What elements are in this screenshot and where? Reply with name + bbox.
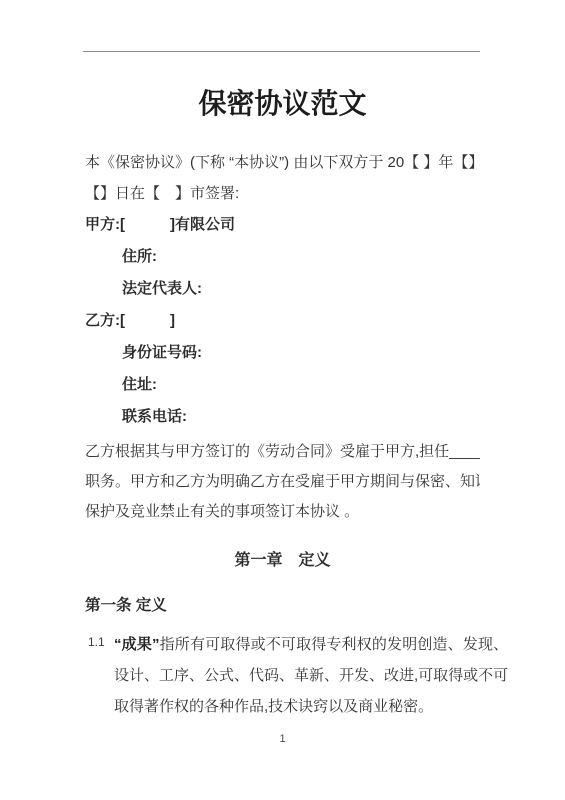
party-b-address-label: 住址: bbox=[85, 369, 480, 401]
intro-line-1: 本《保密协议》(下称 “本协议”) 由以下双方于 20【 】年【】月 bbox=[85, 147, 480, 178]
document-content: 保密协议范文 本《保密协议》(下称 “本协议”) 由以下双方于 20【 】年【】… bbox=[0, 51, 565, 722]
article-1-heading: 第一条 定义 bbox=[85, 597, 480, 615]
party-a-legal-rep-label: 法定代表人: bbox=[85, 273, 480, 305]
clause-1-1: 1.1 “成果”指所有可取得或不可取得专利权的发明创造、发现、 设计、工序、公式… bbox=[85, 629, 480, 722]
party-b-phone-label: 联系电话: bbox=[85, 401, 480, 433]
clause-line-1-rest: 指所有可取得或不可取得专利权的发明创造、发现、 bbox=[159, 636, 508, 653]
header-rule bbox=[83, 51, 480, 52]
clause-text: “成果”指所有可取得或不可取得专利权的发明创造、发现、 设计、工序、公式、代码、… bbox=[114, 629, 508, 722]
defined-term: “成果” bbox=[114, 636, 159, 653]
recital-line-3: 保护及竞业禁止有关的事项签订本协议 。 bbox=[85, 497, 480, 527]
recital-line-1: 乙方根据其与甲方签订的《劳动合同》受雇于甲方,担任________ bbox=[85, 437, 480, 467]
party-b-name-line: 乙方:[ ] bbox=[85, 305, 480, 337]
document-title: 保密协议范文 bbox=[85, 88, 480, 120]
party-a-block: 甲方:[ ]有限公司 住所: 法定代表人: bbox=[85, 209, 480, 305]
party-a-name-line: 甲方:[ ]有限公司 bbox=[85, 209, 480, 241]
intro-line-2: 【】日在【 】市签署: bbox=[85, 178, 480, 209]
party-b-block: 乙方:[ ] 身份证号码: 住址: 联系电话: bbox=[85, 305, 480, 433]
chapter-1-heading: 第一章 定义 bbox=[85, 552, 480, 570]
clause-line-2: 设计、工序、公式、代码、革新、开发、改进,可取得或不可 bbox=[114, 660, 508, 691]
party-b-id-label: 身份证号码: bbox=[85, 337, 480, 369]
clause-line-3: 取得著作权的各种作品,技术诀窍以及商业秘密。 bbox=[114, 691, 508, 722]
recital-line-2: 职务。甲方和乙方为明确乙方在受雇于甲方期间与保密、知识产权 bbox=[85, 467, 480, 497]
document-page: 保密协议范文 本《保密协议》(下称 “本协议”) 由以下双方于 20【 】年【】… bbox=[0, 0, 565, 800]
recital-paragraph: 乙方根据其与甲方签订的《劳动合同》受雇于甲方,担任________ 职务。甲方和… bbox=[85, 437, 480, 527]
party-a-address-label: 住所: bbox=[85, 241, 480, 273]
clause-number: 1.1 bbox=[88, 629, 114, 722]
intro-paragraph: 本《保密协议》(下称 “本协议”) 由以下双方于 20【 】年【】月 【】日在【… bbox=[85, 147, 480, 209]
clause-line-1: “成果”指所有可取得或不可取得专利权的发明创造、发现、 bbox=[114, 629, 508, 660]
page-number: 1 bbox=[0, 733, 565, 745]
